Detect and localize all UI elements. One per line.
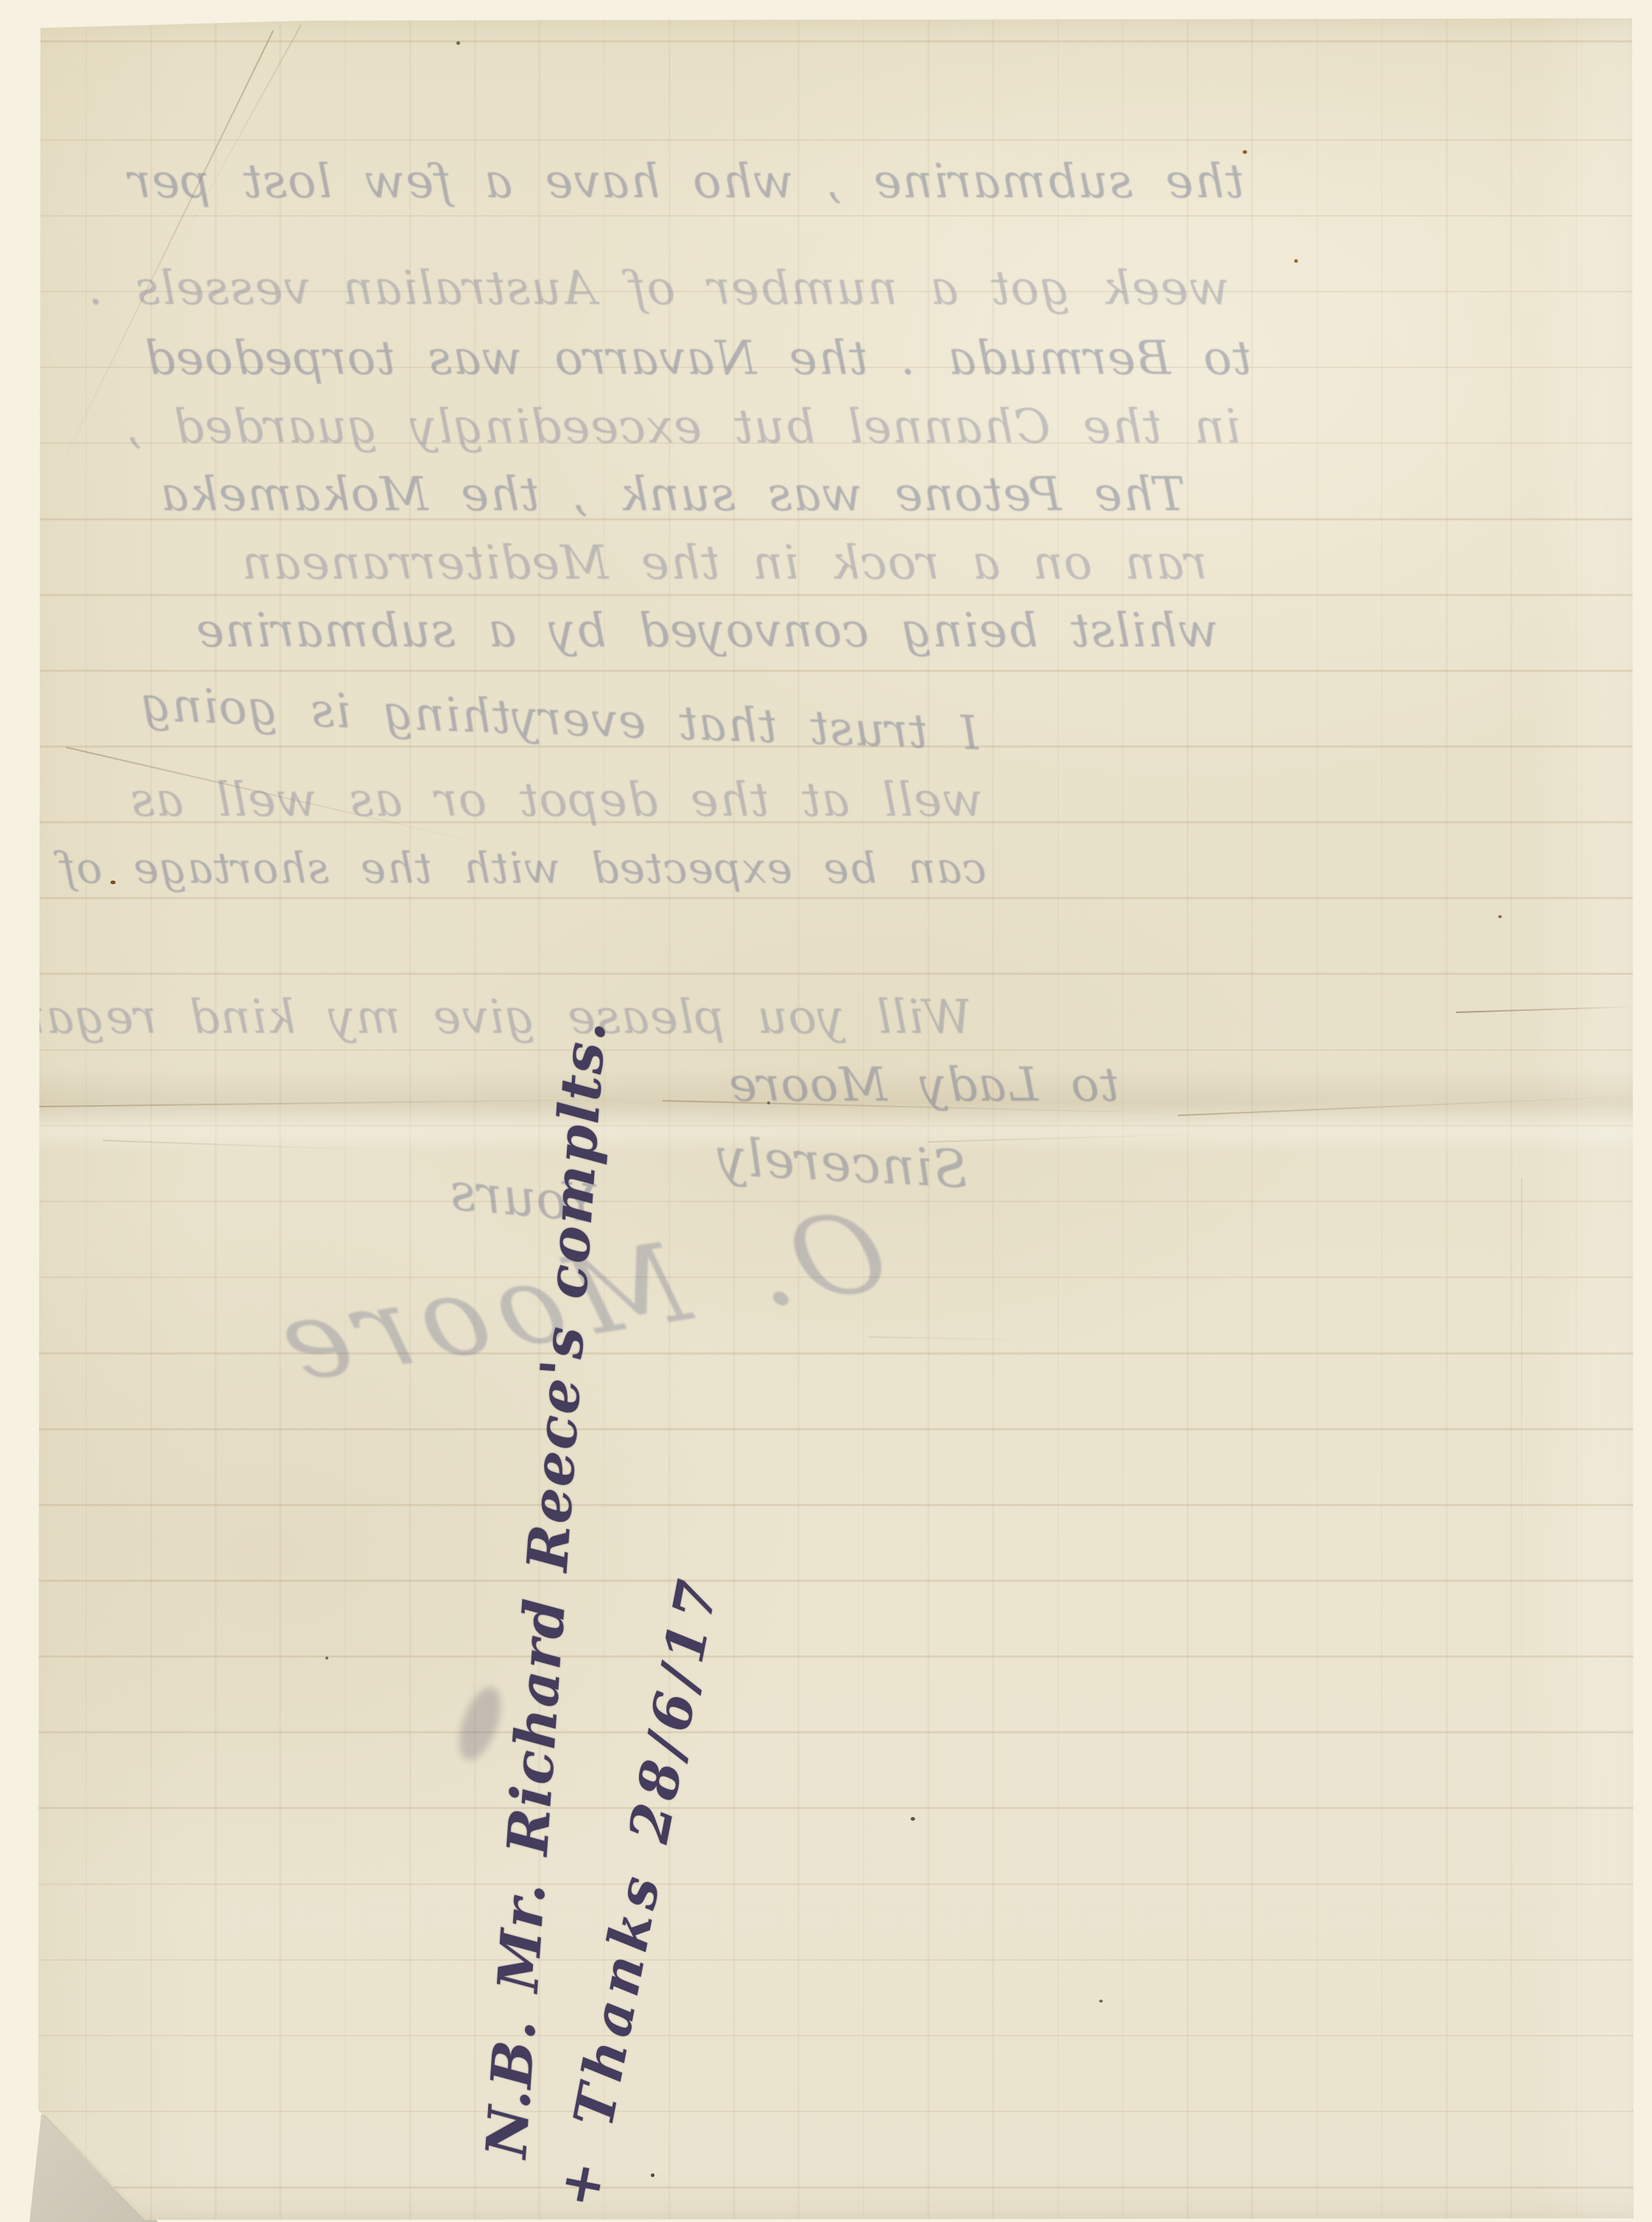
bleedthrough-layer: the submarine , who have a few lost per … xyxy=(0,0,1652,2222)
paper-speck xyxy=(911,1817,915,1821)
bleedthrough-closing-word: Sincerely xyxy=(716,1131,970,1196)
paper-speck xyxy=(110,881,116,884)
bleedthrough-line: The Petone was sunk , the Mokameka xyxy=(160,471,1185,518)
paper-speck xyxy=(767,1101,770,1104)
bleedthrough-line: I trust that everything is going xyxy=(140,681,980,758)
scanned-document: the submarine , who have a few lost per … xyxy=(0,0,1652,2222)
paper-speck xyxy=(1099,2000,1103,2003)
bleedthrough-line: week got a number of Australian vessels … xyxy=(88,265,1229,312)
bleedthrough-line: Will you please give my kind regards xyxy=(0,994,972,1041)
paper-speck xyxy=(1243,150,1247,154)
paper-speck xyxy=(1294,259,1298,263)
bleedthrough-line: to Lady Moore xyxy=(728,1062,1119,1109)
bleedthrough-line: can be expected with the shortage of sta… xyxy=(0,847,986,889)
bleedthrough-line: ran on a rock in the Mediterranean xyxy=(241,540,1207,587)
paper-sheet: the submarine , who have a few lost per … xyxy=(0,0,1652,2222)
bleedthrough-line: the submarine , who have a few lost per xyxy=(128,158,1244,205)
bleedthrough-line: whilst being convoyed by a submarine xyxy=(196,607,1218,655)
paper-speck xyxy=(325,1657,328,1660)
bleedthrough-line: well at the depot or as well as xyxy=(130,777,983,824)
paper-speck xyxy=(456,41,460,45)
bleedthrough-line: to Bermuda . the Navarro was torpedoed xyxy=(144,335,1252,382)
paper-speck xyxy=(651,2173,654,2177)
paper-speck xyxy=(1498,915,1502,918)
bleedthrough-line: in the Channel but exceedingly guarded , xyxy=(126,403,1241,451)
